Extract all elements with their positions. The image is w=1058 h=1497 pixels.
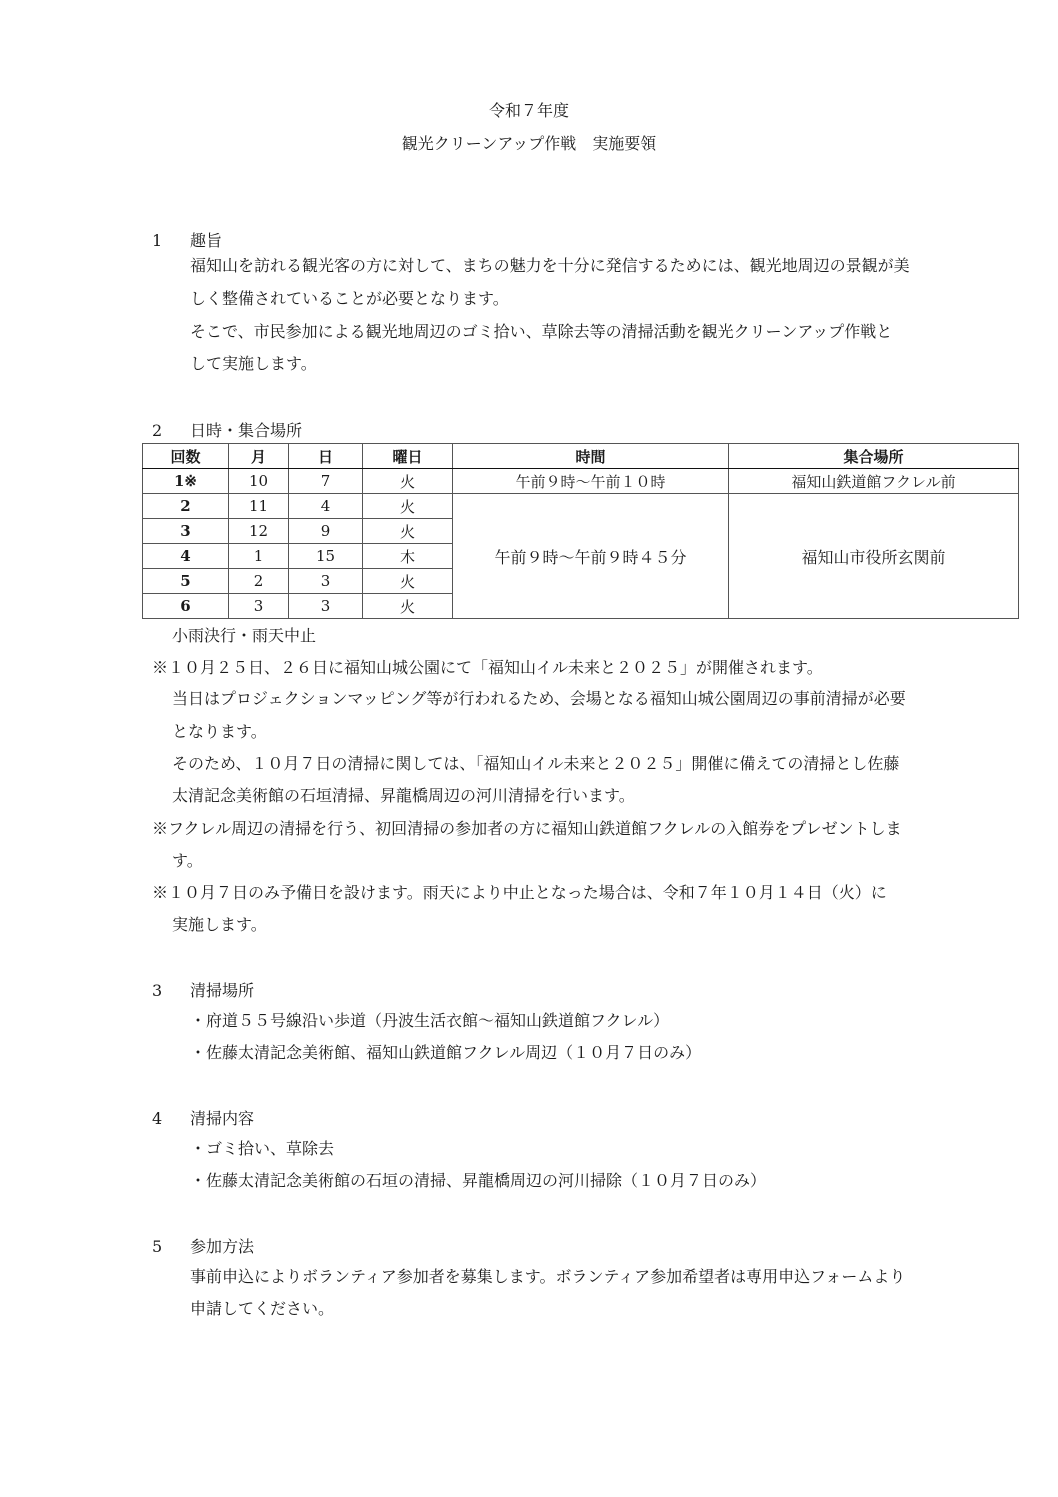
table-row: 2 11 4 火 午前９時～午前９時４５分 福知山市役所玄関前 xyxy=(143,494,1019,519)
section-title: 清掃場所 xyxy=(190,981,254,1000)
cell-weekday: 火 xyxy=(363,494,453,519)
section-title: 参加方法 xyxy=(190,1237,254,1256)
location-item: ・佐藤太清記念美術館、福知山鉄道館フクレル周辺（１０月７日のみ） xyxy=(190,1040,701,1066)
cell-month: 1 xyxy=(229,544,289,569)
section-5-heading: 5参加方法 xyxy=(152,1234,254,1257)
section-4-heading: 4清掃内容 xyxy=(152,1106,254,1129)
section-title: 趣旨 xyxy=(190,231,222,250)
note-event-line-3: となります。 xyxy=(172,719,267,745)
cell-time-merged: 午前９時～午前９時４５分 xyxy=(453,494,729,619)
cell-count: 5 xyxy=(143,569,229,594)
cell-weekday: 火 xyxy=(363,569,453,594)
location-item: ・府道５５号線沿い歩道（丹波生活衣館～福知山鉄道館フクレル） xyxy=(190,1008,669,1034)
section-number: 3 xyxy=(152,981,190,1000)
note-event-line-4: そのため、１０月７日の清掃に関しては、「福知山イル未来と２０２５」開催に備えての… xyxy=(172,751,899,777)
cell-month: 10 xyxy=(229,469,289,494)
cell-count: 4 xyxy=(143,544,229,569)
cell-count: 3 xyxy=(143,519,229,544)
weather-note: 小雨決行・雨天中止 xyxy=(172,623,316,649)
document-year: 令和７年度 xyxy=(0,98,1058,121)
cell-month: 3 xyxy=(229,594,289,619)
column-header-time: 時間 xyxy=(453,444,729,469)
note-ticket: ※フクレル周辺の清掃を行う、初回清掃の参加者の方に福知山鉄道館フクレルの入館券を… xyxy=(152,816,902,842)
cell-day: 15 xyxy=(289,544,363,569)
cell-day: 3 xyxy=(289,594,363,619)
table-row: 1※ 10 7 火 午前９時～午前１０時 福知山鉄道館フクレル前 xyxy=(143,469,1019,494)
note-reserve-day: ※１０月７日のみ予備日を設けます。雨天により中止となった場合は、令和７年１０月１… xyxy=(152,880,887,906)
note-ticket-line-2: す。 xyxy=(172,848,203,874)
cell-weekday: 火 xyxy=(363,469,453,494)
table-header-row: 回数 月 日 曜日 時間 集合場所 xyxy=(143,444,1019,469)
cell-month: 12 xyxy=(229,519,289,544)
document-title: 観光クリーンアップ作戦 実施要領 xyxy=(0,131,1058,154)
column-header-count: 回数 xyxy=(143,444,229,469)
cell-day: 4 xyxy=(289,494,363,519)
section-2-heading: 2日時・集合場所 xyxy=(152,418,302,441)
schedule-table: 回数 月 日 曜日 時間 集合場所 1※ 10 7 火 午前９時～午前１０時 福… xyxy=(142,443,1019,619)
note-event-line-2: 当日はプロジェクションマッピング等が行われるため、会場となる福知山城公園周辺の事… xyxy=(172,686,906,712)
cell-day: 3 xyxy=(289,569,363,594)
cell-month: 2 xyxy=(229,569,289,594)
column-header-place: 集合場所 xyxy=(729,444,1019,469)
section-5-line-2: 申請してください。 xyxy=(190,1296,334,1322)
section-1-line-4: して実施します。 xyxy=(190,351,317,377)
cell-count: 1※ xyxy=(143,469,229,494)
note-event: ※１０月２５日、２６日に福知山城公園にて「福知山イル未来と２０２５」が開催されま… xyxy=(152,655,823,681)
content-item: ・ゴミ拾い、草除去 xyxy=(190,1136,334,1162)
column-header-day: 日 xyxy=(289,444,363,469)
column-header-month: 月 xyxy=(229,444,289,469)
section-1-line-2: しく整備されていることが必要となります。 xyxy=(190,286,509,312)
cell-day: 9 xyxy=(289,519,363,544)
section-number: 1 xyxy=(152,231,190,250)
section-title: 清掃内容 xyxy=(190,1109,254,1128)
section-number: 5 xyxy=(152,1237,190,1256)
cell-weekday: 火 xyxy=(363,594,453,619)
note-reserve-day-line-2: 実施します。 xyxy=(172,912,267,938)
section-title: 日時・集合場所 xyxy=(190,421,302,440)
content-item: ・佐藤太清記念美術館の石垣の清掃、昇龍橋周辺の河川掃除（１０月７日のみ） xyxy=(190,1168,766,1194)
section-1-line-3: そこで、市民参加による観光地周辺のゴミ拾い、草除去等の清掃活動を観光クリーンアッ… xyxy=(190,319,892,345)
section-3-heading: 3清掃場所 xyxy=(152,978,254,1001)
cell-weekday: 木 xyxy=(363,544,453,569)
cell-time: 午前９時～午前１０時 xyxy=(453,469,729,494)
cell-weekday: 火 xyxy=(363,519,453,544)
cell-count: 2 xyxy=(143,494,229,519)
cell-place: 福知山鉄道館フクレル前 xyxy=(729,469,1019,494)
section-1-line-1: 福知山を訪れる観光客の方に対して、まちの魅力を十分に発信するためには、観光地周辺… xyxy=(190,253,910,279)
section-1-heading: 1趣旨 xyxy=(152,228,222,251)
section-number: 4 xyxy=(152,1109,190,1128)
note-event-line-5: 太清記念美術館の石垣清掃、昇龍橋周辺の河川清掃を行います。 xyxy=(172,783,635,809)
cell-day: 7 xyxy=(289,469,363,494)
section-number: 2 xyxy=(152,421,190,440)
section-5-line-1: 事前申込によりボランティア参加者を募集します。ボランティア参加希望者は専用申込フ… xyxy=(190,1264,905,1290)
cell-month: 11 xyxy=(229,494,289,519)
column-header-weekday: 曜日 xyxy=(363,444,453,469)
cell-place-merged: 福知山市役所玄関前 xyxy=(729,494,1019,619)
cell-count: 6 xyxy=(143,594,229,619)
